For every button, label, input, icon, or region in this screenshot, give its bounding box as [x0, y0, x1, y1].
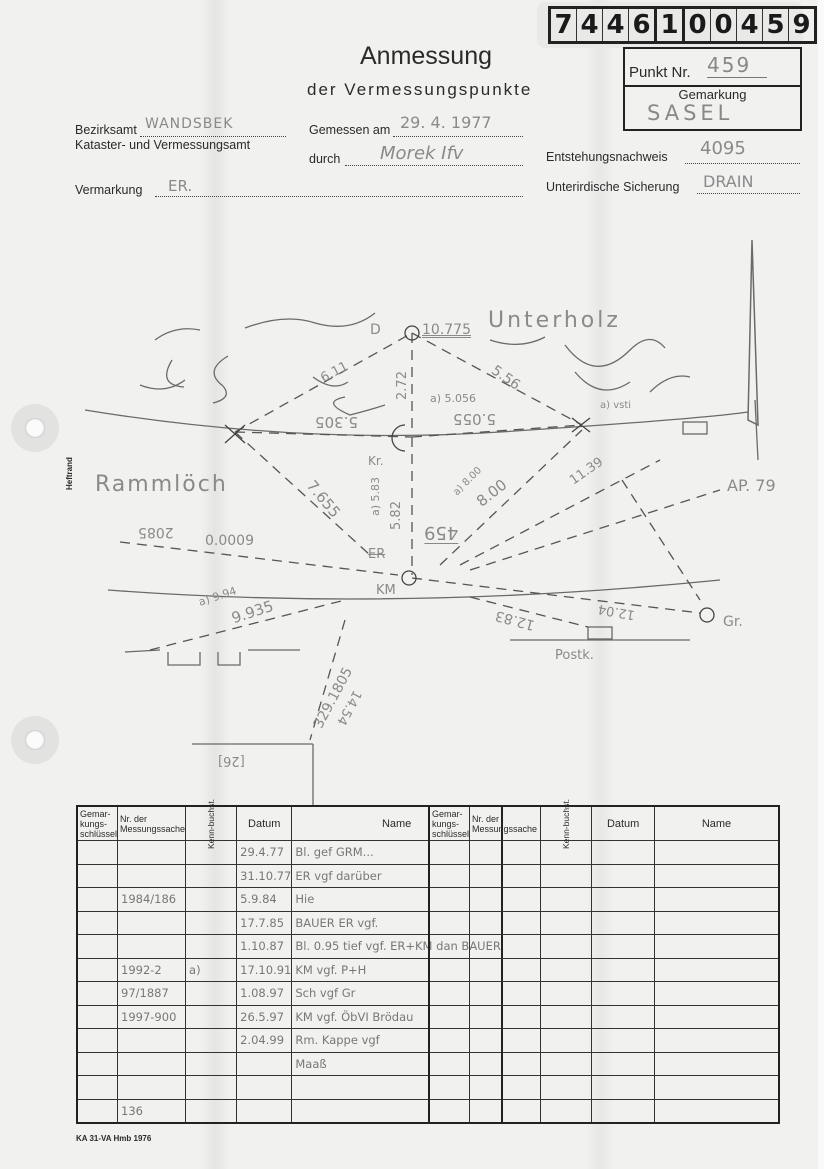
table-cell-nr[interactable] [470, 1005, 541, 1029]
table-cell-datum[interactable]: 1.10.87 [237, 935, 292, 959]
table-row [429, 888, 779, 912]
table-cell-nr[interactable] [118, 935, 186, 959]
table-cell-kenn[interactable] [541, 911, 592, 935]
table-header-row: Gemar-kungs-schlüssel Nr. der Messungssa… [429, 806, 779, 841]
table-cell-schluessel[interactable] [429, 1005, 470, 1029]
point-d-label: D [370, 322, 381, 338]
table-cell-kenn[interactable] [186, 911, 237, 935]
table-cell-schluessel[interactable] [429, 911, 470, 935]
column-header: Name [654, 806, 779, 841]
table-cell-name[interactable] [654, 935, 779, 959]
table-cell-nr[interactable] [470, 1099, 541, 1123]
table-cell-name[interactable] [654, 1099, 779, 1123]
table-cell-kenn[interactable] [186, 1029, 237, 1053]
table-cell-schluessel[interactable] [429, 1029, 470, 1053]
table-cell-schluessel[interactable] [429, 1052, 470, 1076]
d-value-label: 10.775 [422, 322, 471, 338]
table-cell-schluessel[interactable] [77, 1052, 118, 1076]
column-header: Nr. der Messungssache [118, 806, 186, 841]
table-cell-kenn[interactable]: a) [186, 958, 237, 982]
er-label: ER [368, 547, 385, 562]
column-header: Gemar-kungs-schlüssel [77, 806, 118, 841]
table-cell-nr[interactable] [470, 864, 541, 888]
measurement: 5.82 [389, 501, 404, 530]
table-cell-datum[interactable] [237, 1076, 292, 1100]
table-cell-schluessel[interactable] [77, 958, 118, 982]
point-gr-icon [700, 608, 714, 622]
log-table-right: Gemar-kungs-schlüssel Nr. der Messungssa… [428, 805, 780, 1124]
table-cell-datum[interactable] [592, 1052, 655, 1076]
table-cell-nr[interactable] [470, 935, 541, 959]
unterholz-label: Unterholz [488, 308, 621, 333]
vsti-label: a) vsti [600, 400, 631, 411]
column-header: Kenn-buchst. [541, 806, 592, 841]
table-cell-nr[interactable] [470, 1029, 541, 1053]
table-cell-datum[interactable] [592, 1076, 655, 1100]
table-cell-schluessel[interactable] [77, 911, 118, 935]
table-cell-datum[interactable]: 1.08.97 [237, 982, 292, 1006]
table-row [429, 864, 779, 888]
table-cell-datum[interactable]: 5.9.84 [237, 888, 292, 912]
table-cell-kenn[interactable] [541, 888, 592, 912]
column-header: Datum [592, 806, 655, 841]
table-cell-datum[interactable] [592, 888, 655, 912]
table-cell-kenn[interactable] [186, 1052, 237, 1076]
table-cell-nr[interactable] [118, 1029, 186, 1053]
table-cell-datum[interactable] [237, 1052, 292, 1076]
measurement: a) 5.83 [369, 477, 382, 516]
table-cell-schluessel[interactable] [429, 1076, 470, 1100]
table-cell-datum[interactable] [592, 841, 655, 865]
table-row [429, 982, 779, 1006]
table-cell-datum[interactable] [592, 864, 655, 888]
table-cell-datum[interactable] [592, 1099, 655, 1123]
table-cell-kenn[interactable] [541, 1052, 592, 1076]
table-cell-datum[interactable] [592, 1005, 655, 1029]
table-cell-name[interactable] [654, 982, 779, 1006]
table-cell-name[interactable] [654, 888, 779, 912]
table-cell-nr[interactable]: 97/1887 [118, 982, 186, 1006]
road-line [85, 410, 748, 436]
table-cell-name[interactable] [654, 841, 779, 865]
table-cell-nr[interactable]: 1997-900 [118, 1005, 186, 1029]
table-row [429, 1076, 779, 1100]
table-cell-kenn[interactable] [541, 864, 592, 888]
table-cell-nr[interactable] [118, 864, 186, 888]
measurement: 0.0009 [205, 533, 254, 549]
table-cell-schluessel[interactable] [77, 888, 118, 912]
table-cell-schluessel[interactable] [77, 982, 118, 1006]
table-cell-datum[interactable]: 31.10.77 [237, 864, 292, 888]
table-row [429, 935, 779, 959]
postk-label: Postk. [555, 648, 594, 663]
table-cell-datum[interactable]: 29.4.77 [237, 841, 292, 865]
km-label: KM [376, 583, 396, 598]
table-cell-schluessel[interactable] [429, 982, 470, 1006]
box-ref-label: [26] [218, 753, 245, 768]
column-header: Gemar-kungs-schlüssel [429, 806, 470, 841]
table-cell-nr[interactable]: 1992-2 [118, 958, 186, 982]
table-cell-nr[interactable] [118, 1076, 186, 1100]
table-cell-kenn[interactable] [541, 958, 592, 982]
table-cell-datum[interactable]: 17.7.85 [237, 911, 292, 935]
table-cell-schluessel[interactable] [77, 1029, 118, 1053]
measurement: 5.055 [453, 410, 496, 428]
table-cell-name[interactable] [654, 1052, 779, 1076]
form-footer: KA 31-VA Hmb 1976 [76, 1134, 151, 1143]
table-cell-nr[interactable] [470, 1052, 541, 1076]
table-cell-nr[interactable] [470, 1076, 541, 1100]
table-cell-schluessel[interactable] [429, 888, 470, 912]
column-header: Kenn-buchst. [186, 806, 237, 841]
table-row [429, 911, 779, 935]
table-cell-datum[interactable] [592, 982, 655, 1006]
survey-sketch [0, 0, 824, 820]
gr-label: Gr. [723, 614, 743, 630]
table-cell-datum[interactable]: 17.10.91 [237, 958, 292, 982]
table-cell-nr[interactable] [118, 1052, 186, 1076]
table-cell-nr[interactable] [470, 958, 541, 982]
table-cell-kenn[interactable] [541, 1029, 592, 1053]
table-cell-kenn[interactable] [186, 1076, 237, 1100]
measurement: a) 5.056 [430, 392, 476, 405]
table-cell-kenn[interactable] [186, 1099, 237, 1123]
table-cell-kenn[interactable] [186, 1005, 237, 1029]
table-row [429, 958, 779, 982]
table-cell-kenn[interactable] [541, 935, 592, 959]
table-cell-schluessel[interactable] [77, 864, 118, 888]
table-cell-schluessel[interactable] [429, 864, 470, 888]
table-cell-schluessel[interactable] [77, 841, 118, 865]
table-row [429, 1052, 779, 1076]
table-cell-name[interactable] [654, 864, 779, 888]
punkt-number-label: 459 [424, 522, 458, 544]
table-cell-name[interactable] [654, 1029, 779, 1053]
ap-label: AP. 79 [727, 476, 776, 495]
table-cell-name[interactable] [654, 1076, 779, 1100]
table-cell-nr[interactable] [118, 841, 186, 865]
table-row [429, 1029, 779, 1053]
table-cell-nr[interactable] [470, 888, 541, 912]
table-cell-name[interactable] [654, 1005, 779, 1029]
rammloch-label: Rammlöch [95, 472, 228, 497]
table-cell-nr[interactable]: 1984/186 [118, 888, 186, 912]
table-cell-schluessel[interactable] [77, 1005, 118, 1029]
kr-label: Kr. [368, 454, 384, 468]
table-row [429, 1099, 779, 1123]
table-cell-schluessel[interactable] [77, 1076, 118, 1100]
table-cell-datum[interactable] [592, 911, 655, 935]
table-cell-datum[interactable] [237, 1099, 292, 1123]
table-cell-kenn[interactable] [186, 864, 237, 888]
table-cell-datum[interactable] [592, 958, 655, 982]
table-cell-kenn[interactable] [541, 1076, 592, 1100]
table-cell-name[interactable] [654, 958, 779, 982]
table-cell-nr[interactable] [470, 982, 541, 1006]
table-cell-nr[interactable]: 136 [118, 1099, 186, 1123]
table-cell-schluessel[interactable] [77, 935, 118, 959]
table-cell-datum[interactable]: 2.04.99 [237, 1029, 292, 1053]
table-cell-nr[interactable] [470, 911, 541, 935]
table-cell-schluessel[interactable] [77, 1099, 118, 1123]
table-cell-datum[interactable] [592, 1029, 655, 1053]
table-cell-kenn[interactable] [186, 982, 237, 1006]
column-header: Nr. der Messungssache [470, 806, 541, 841]
column-header: Datum [237, 806, 292, 841]
table-cell-schluessel[interactable] [429, 935, 470, 959]
table-cell-datum[interactable] [592, 935, 655, 959]
table-cell-kenn[interactable] [186, 935, 237, 959]
table-cell-kenn[interactable] [541, 1099, 592, 1123]
table-cell-schluessel[interactable] [429, 1099, 470, 1123]
table-cell-kenn[interactable] [186, 888, 237, 912]
measurement: 2.72 [395, 371, 410, 400]
measurement: 5.305 [315, 413, 358, 431]
table-row [429, 1005, 779, 1029]
table-row [429, 841, 779, 865]
table-cell-schluessel[interactable] [429, 841, 470, 865]
table-cell-schluessel[interactable] [429, 958, 470, 982]
measurement: 2085 [138, 524, 174, 540]
table-cell-kenn[interactable] [541, 982, 592, 1006]
table-cell-datum[interactable]: 26.5.97 [237, 1005, 292, 1029]
table-cell-kenn[interactable] [541, 1005, 592, 1029]
table-cell-nr[interactable] [470, 841, 541, 865]
table-cell-name[interactable] [654, 911, 779, 935]
table-cell-nr[interactable] [118, 911, 186, 935]
